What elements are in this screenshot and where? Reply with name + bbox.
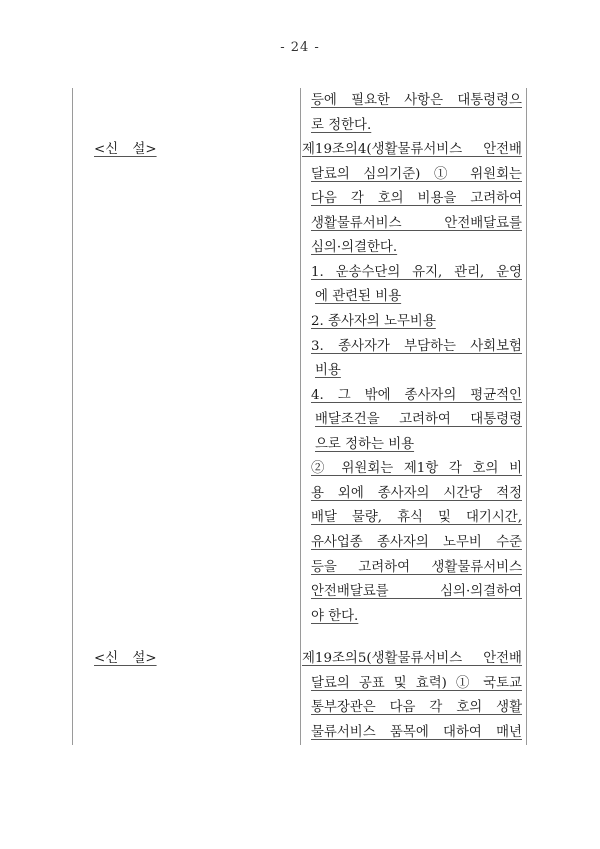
- text-line: 물류서비스 품목에 대하여 매년: [311, 724, 522, 742]
- text-line: 유사업종 종사자의 노무비 수준: [311, 534, 522, 552]
- page-number: - 24 -: [0, 40, 600, 55]
- list-item: 1. 운송수단의 유지, 관리, 운영: [311, 264, 522, 282]
- table-right-border: [526, 88, 527, 745]
- text-line: 달료의 심의기준) ① 위원회는: [311, 166, 522, 184]
- text-line: 용 외에 종사자의 시간당 적정: [311, 485, 522, 503]
- text-line: 등에 필요한 사항은 대통령령으: [311, 92, 522, 110]
- list-item: 4. 그 밖에 종사자의 평균적인: [311, 387, 522, 405]
- list-item: 3. 종사자가 부담하는 사회보험: [311, 338, 522, 356]
- article-heading: 제19조의5(생활물류서비스 안전배: [302, 650, 522, 668]
- text-line: 다음 각 호의 비용을 고려하여: [311, 190, 522, 208]
- new-provision-marker: <신 설>: [94, 650, 168, 668]
- comparison-table: <신 설> <신 설> 등에 필요한 사항은 대통령령으 로 정한다. 제19조…: [72, 88, 527, 745]
- list-item: 2. 종사자의 노무비용: [311, 313, 436, 331]
- article-heading: 제19조의4(생활물류서비스 안전배: [302, 141, 522, 159]
- text-line: 등을 고려하여 생활물류서비스: [311, 559, 522, 577]
- text-line: 로 정한다.: [311, 117, 371, 135]
- text-line: 달료의 공표 및 효력) ① 국토교: [311, 675, 522, 693]
- table-column-divider: [300, 88, 301, 745]
- text-line: 심의·의결한다.: [311, 239, 397, 257]
- list-item-continuation: 으로 정하는 비용: [315, 436, 414, 454]
- list-item-continuation: 배달조건을 고려하여 대통령령: [315, 411, 522, 429]
- list-item-continuation: 에 관련된 비용: [315, 288, 401, 306]
- text-line: 야 한다.: [311, 608, 358, 626]
- text-line: ② 위원회는 제1항 각 호의 비: [311, 460, 522, 478]
- table-left-border: [72, 88, 73, 745]
- text-line: 안전배달료를 심의·의결하여: [311, 583, 522, 601]
- list-item-continuation: 비용: [315, 362, 341, 380]
- text-line: 생활물류서비스 안전배달료를: [311, 215, 522, 233]
- new-provision-marker: <신 설>: [94, 141, 168, 159]
- text-line: 통부장관은 다음 각 호의 생활: [311, 699, 522, 717]
- text-line: 배달 물량, 휴식 및 대기시간,: [311, 509, 522, 527]
